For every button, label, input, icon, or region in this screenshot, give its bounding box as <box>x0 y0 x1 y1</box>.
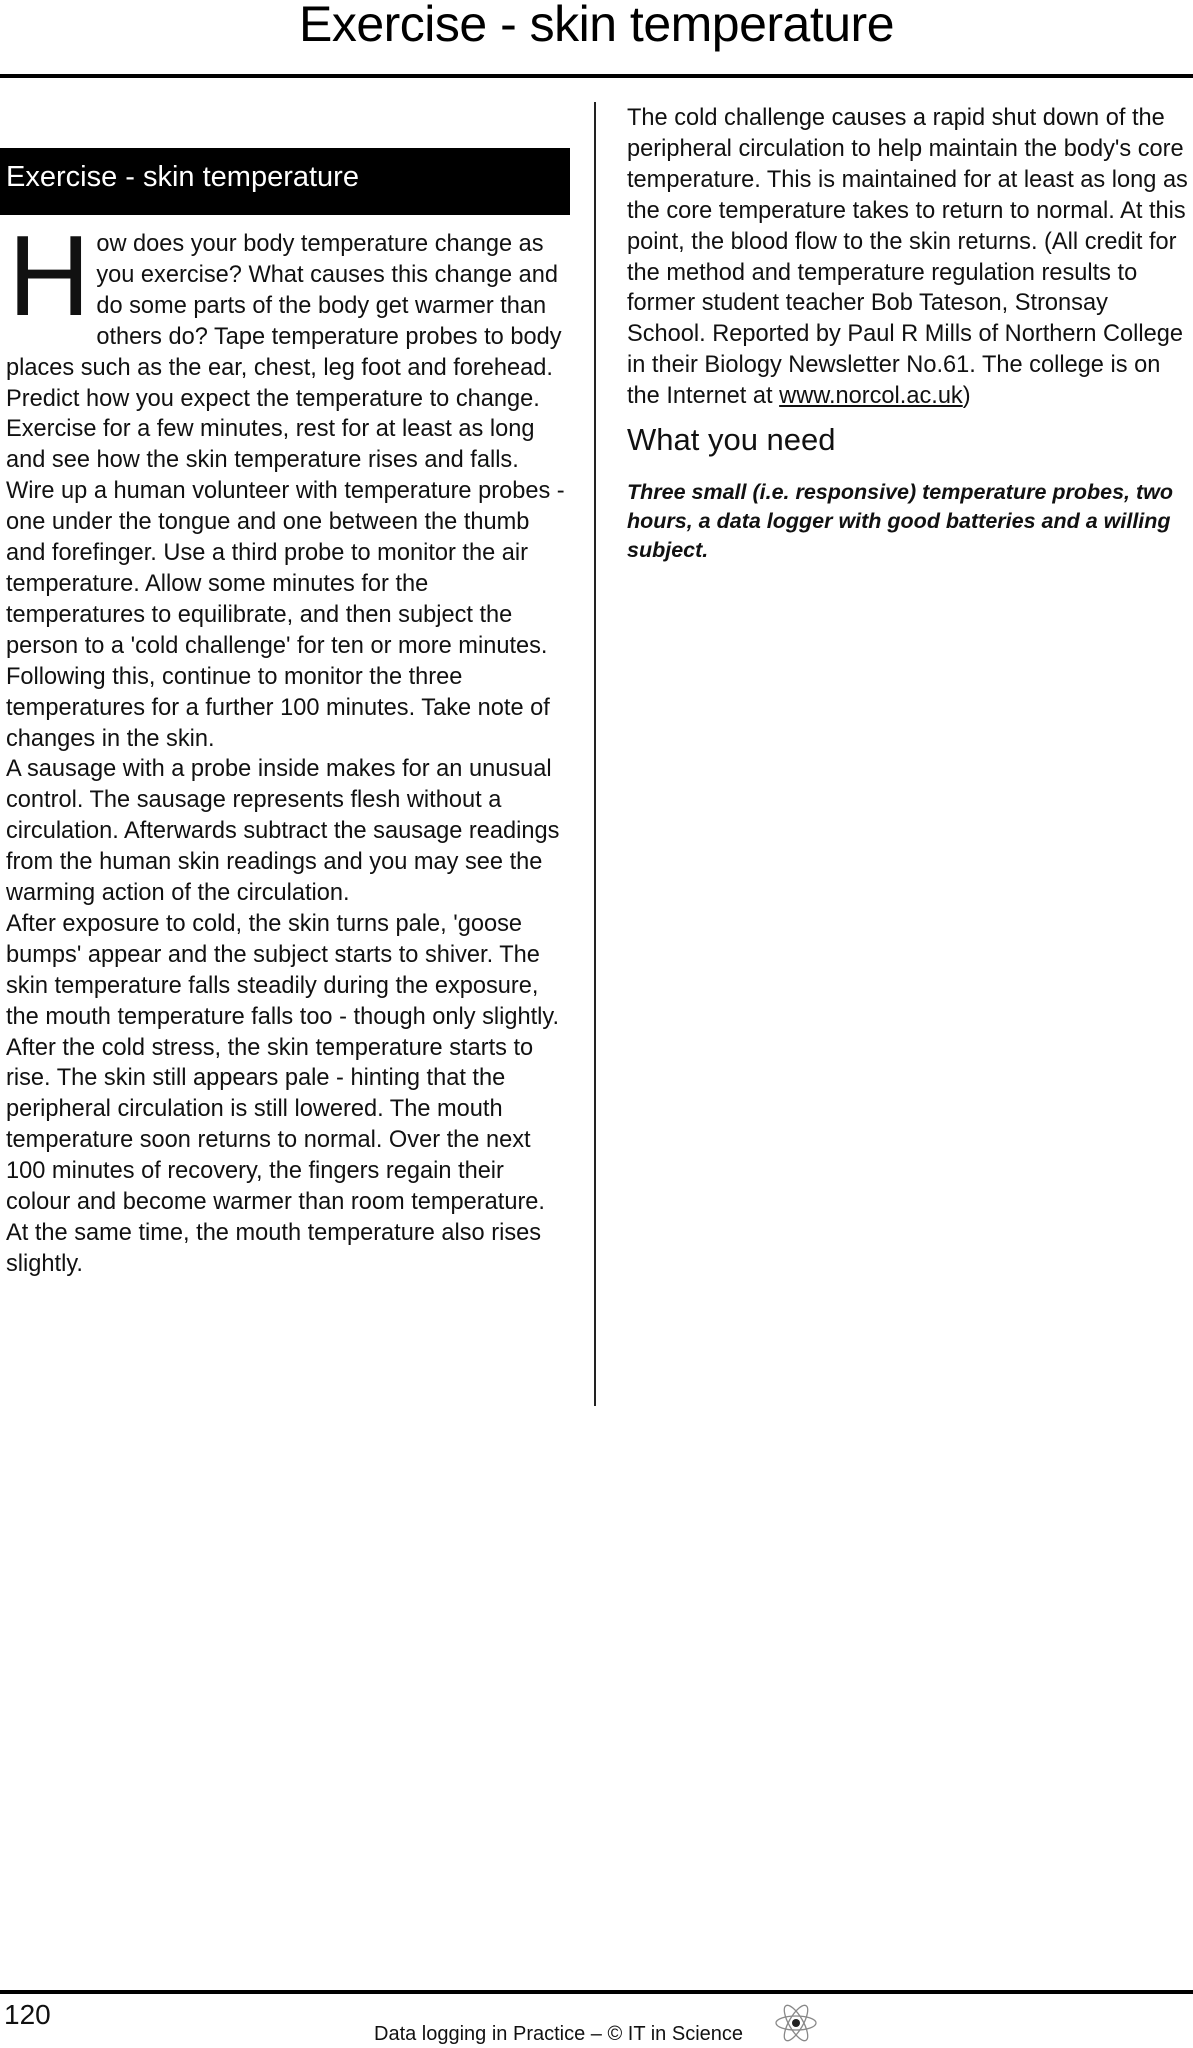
bottom-rule <box>0 1990 1193 1994</box>
footer-credit: Data logging in Practice – © IT in Scien… <box>374 2022 743 2046</box>
drop-cap: H <box>8 233 90 325</box>
page-number: 120 <box>4 1999 51 2031</box>
top-rule <box>0 74 1193 78</box>
right-column: The cold challenge causes a rapid shut d… <box>627 103 1193 565</box>
page-title: Exercise - skin temperature <box>0 0 1193 54</box>
what-you-need-heading: What you need <box>627 420 1193 460</box>
intro-paragraph: How does your body temperature change as… <box>6 229 566 476</box>
column-divider <box>594 102 596 1406</box>
section-banner: Exercise - skin temperature <box>0 148 570 215</box>
control-paragraph: A sausage with a probe inside makes for … <box>6 754 566 909</box>
method-paragraph: Wire up a human volunteer with temperatu… <box>6 476 566 754</box>
requirements-text: Three small (i.e. responsive) temperatur… <box>627 478 1193 565</box>
norcol-link[interactable]: www.norcol.ac.uk <box>779 383 963 409</box>
left-column: How does your body temperature change as… <box>6 229 566 1280</box>
results-paragraph: After exposure to cold, the skin turns p… <box>6 909 566 1280</box>
atom-icon <box>773 2000 819 2046</box>
explanation-paragraph: The cold challenge causes a rapid shut d… <box>627 103 1193 412</box>
section-banner-title: Exercise - skin temperature <box>6 160 359 194</box>
